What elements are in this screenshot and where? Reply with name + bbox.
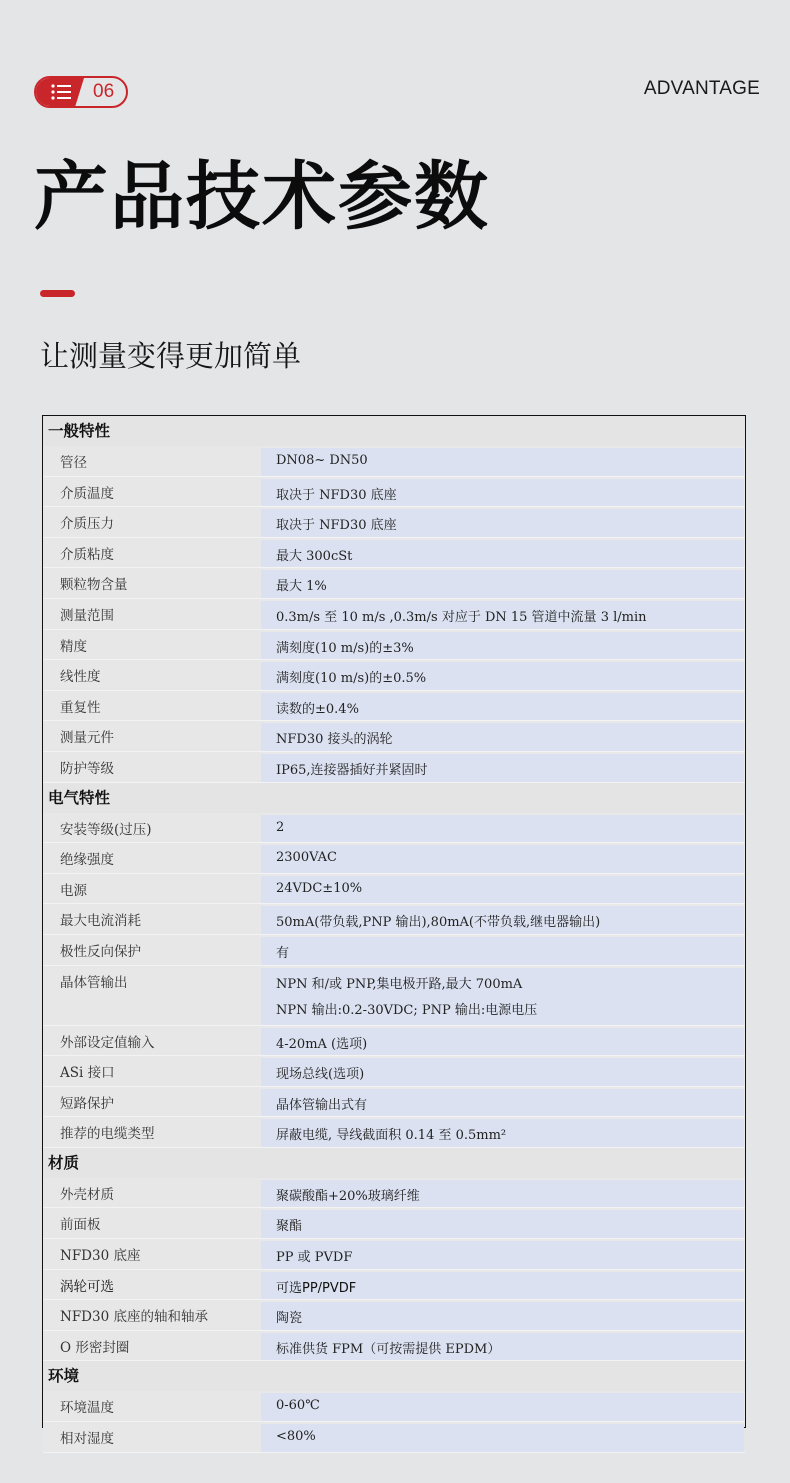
spec-label: 外部设定值输入	[43, 1026, 261, 1056]
spec-value: 取决于 NFD30 底座	[261, 479, 744, 507]
spec-value-line: <80%	[276, 1429, 744, 1444]
spec-value-line: 聚碳酸酯+20%玻璃纤维	[276, 1185, 744, 1204]
spec-value-line: NPN 和/或 PNP,集电极开路,最大 700mA	[276, 973, 744, 999]
spec-value-line: 有	[276, 942, 744, 961]
section-heading: 一般特性	[43, 416, 745, 446]
page-subtitle: 让测量变得更加简单	[40, 334, 301, 375]
spec-label: 前面板	[43, 1208, 261, 1238]
table-row: 安装等级(过压)2	[43, 813, 745, 844]
spec-value-line: 2300VAC	[276, 850, 744, 865]
spec-value-line: PP 或 PVDF	[276, 1246, 744, 1265]
spec-value-line: IP65,连接器插好并紧固时	[276, 759, 744, 778]
spec-value: PP 或 PVDF	[261, 1241, 744, 1269]
spec-label: 精度	[43, 630, 261, 660]
spec-label: 测量范围	[43, 599, 261, 629]
spec-value-line: 陶瓷	[276, 1307, 744, 1326]
spec-value: 屏蔽电缆, 导线截面积 0.14 至 0.5mm²	[261, 1119, 744, 1147]
spec-label: 介质温度	[43, 477, 261, 507]
spec-value-line: 标准供货 FPM（可按需提供 EPDM）	[276, 1338, 744, 1357]
spec-value-line: 聚酯	[276, 1215, 744, 1234]
table-row: 测量范围0.3m/s 至 10 m/s ,0.3m/s 对应于 DN 15 管道…	[43, 599, 745, 630]
table-row: ASi 接口现场总线(选项)	[43, 1056, 745, 1087]
table-row: 外部设定值输入4-20mA (选项)	[43, 1026, 745, 1057]
spec-value-line: 0.3m/s 至 10 m/s ,0.3m/s 对应于 DN 15 管道中流量 …	[276, 606, 744, 625]
table-row: 绝缘强度2300VAC	[43, 843, 745, 874]
spec-value-line: 取决于 NFD30 底座	[276, 514, 744, 533]
spec-value-line: 50mA(带负载,PNP 输出),80mA(不带负载,继电器输出)	[276, 911, 744, 930]
tagline: ADVANTAGE	[644, 78, 760, 100]
spec-value: 2	[261, 815, 744, 843]
spec-label: O 形密封圈	[43, 1331, 261, 1361]
table-row: 颗粒物含量最大 1%	[43, 568, 745, 599]
table-row: 前面板聚酯	[43, 1208, 745, 1239]
list-icon	[51, 84, 71, 100]
table-row: 环境温度0-60℃	[43, 1391, 745, 1422]
spec-label: 晶体管输出	[43, 966, 261, 1025]
table-row: 极性反向保护有	[43, 935, 745, 966]
spec-value: 50mA(带负载,PNP 输出),80mA(不带负载,继电器输出)	[261, 906, 744, 934]
spec-label: 绝缘强度	[43, 843, 261, 873]
spec-label: 涡轮可选	[43, 1270, 261, 1300]
badge-number: 06	[93, 81, 114, 103]
spec-value: 可选PP/PVDF	[261, 1272, 744, 1300]
spec-value-line: 读数的±0.4%	[276, 698, 744, 717]
table-row: 推荐的电缆类型屏蔽电缆, 导线截面积 0.14 至 0.5mm²	[43, 1117, 745, 1148]
table-row: 最大电流消耗50mA(带负载,PNP 输出),80mA(不带负载,继电器输出)	[43, 904, 745, 935]
spec-value: 4-20mA (选项)	[261, 1028, 744, 1056]
section-heading: 环境	[43, 1361, 745, 1391]
spec-label: NFD30 底座的轴和轴承	[43, 1300, 261, 1330]
table-row: 重复性读数的±0.4%	[43, 691, 745, 722]
spec-value: <80%	[261, 1424, 744, 1452]
spec-value: 满刻度(10 m/s)的±0.5%	[261, 662, 744, 690]
spec-value-line: DN08~ DN50	[276, 453, 744, 468]
spec-table: 一般特性管径DN08~ DN50介质温度取决于 NFD30 底座介质压力取决于 …	[42, 415, 746, 1428]
spec-label: 相对湿度	[43, 1422, 261, 1452]
spec-value: 聚碳酸酯+20%玻璃纤维	[261, 1180, 744, 1208]
table-row: 精度满刻度(10 m/s)的±3%	[43, 630, 745, 661]
table-row: 短路保护晶体管输出式有	[43, 1087, 745, 1118]
spec-value-line: 满刻度(10 m/s)的±3%	[276, 637, 744, 656]
spec-label: 电源	[43, 874, 261, 904]
spec-value-line: 最大 300cSt	[276, 545, 744, 564]
spec-value: 最大 300cSt	[261, 540, 744, 568]
spec-label: 最大电流消耗	[43, 904, 261, 934]
spec-value-line: 屏蔽电缆, 导线截面积 0.14 至 0.5mm²	[276, 1124, 744, 1143]
spec-label: 极性反向保护	[43, 935, 261, 965]
spec-value: IP65,连接器插好并紧固时	[261, 754, 744, 782]
spec-value: 现场总线(选项)	[261, 1058, 744, 1086]
table-row: 线性度满刻度(10 m/s)的±0.5%	[43, 660, 745, 691]
spec-value: 标准供货 FPM（可按需提供 EPDM）	[261, 1333, 744, 1361]
table-row: 外壳材质聚碳酸酯+20%玻璃纤维	[43, 1178, 745, 1209]
table-row: 防护等级IP65,连接器插好并紧固时	[43, 752, 745, 783]
spec-value: 满刻度(10 m/s)的±3%	[261, 632, 744, 660]
spec-label: 颗粒物含量	[43, 568, 261, 598]
spec-label: 外壳材质	[43, 1178, 261, 1208]
table-row: 管径DN08~ DN50	[43, 446, 745, 477]
section-heading: 材质	[43, 1148, 745, 1178]
spec-label: 短路保护	[43, 1087, 261, 1117]
spec-value-line: NFD30 接头的涡轮	[276, 728, 744, 747]
spec-value: 0.3m/s 至 10 m/s ,0.3m/s 对应于 DN 15 管道中流量 …	[261, 601, 744, 629]
spec-value: 晶体管输出式有	[261, 1089, 744, 1117]
table-row: 相对湿度<80%	[43, 1422, 745, 1453]
spec-value-line: 24VDC±10%	[276, 881, 744, 896]
table-row: 介质粘度最大 300cSt	[43, 538, 745, 569]
spec-label: 线性度	[43, 660, 261, 690]
spec-value: 聚酯	[261, 1210, 744, 1238]
table-row: 晶体管输出NPN 和/或 PNP,集电极开路,最大 700mANPN 输出:0.…	[43, 966, 745, 1026]
spec-label: 介质压力	[43, 507, 261, 537]
page-title: 产品技术参数	[34, 160, 490, 234]
spec-label: 安装等级(过压)	[43, 813, 261, 843]
spec-value-line: 现场总线(选项)	[276, 1063, 744, 1082]
spec-value-line: 0-60℃	[276, 1398, 744, 1413]
spec-value: NPN 和/或 PNP,集电极开路,最大 700mANPN 输出:0.2-30V…	[261, 968, 744, 1025]
spec-label: 推荐的电缆类型	[43, 1117, 261, 1147]
spec-value-line: 最大 1%	[276, 575, 744, 594]
spec-label: 介质粘度	[43, 538, 261, 568]
accent-divider	[40, 290, 75, 297]
spec-value: 最大 1%	[261, 570, 744, 598]
spec-label: ASi 接口	[43, 1056, 261, 1086]
spec-label: 防护等级	[43, 752, 261, 782]
spec-value-line: NPN 输出:0.2-30VDC; PNP 输出:电源电压	[276, 999, 744, 1025]
spec-value-line: 取决于 NFD30 底座	[276, 484, 744, 503]
table-row: 电源24VDC±10%	[43, 874, 745, 905]
table-row: 介质温度取决于 NFD30 底座	[43, 477, 745, 508]
table-row: NFD30 底座的轴和轴承陶瓷	[43, 1300, 745, 1331]
spec-value: 陶瓷	[261, 1302, 744, 1330]
spec-value: 有	[261, 937, 744, 965]
spec-value: 2300VAC	[261, 845, 744, 873]
spec-value: 24VDC±10%	[261, 876, 744, 904]
spec-value-line: 满刻度(10 m/s)的±0.5%	[276, 667, 744, 686]
spec-value-line: 4-20mA (选项)	[276, 1033, 744, 1052]
spec-value: NFD30 接头的涡轮	[261, 723, 744, 751]
spec-value: DN08~ DN50	[261, 448, 744, 476]
spec-value-line: 可选PP/PVDF	[276, 1277, 744, 1296]
section-heading: 电气特性	[43, 783, 745, 813]
spec-label: NFD30 底座	[43, 1239, 261, 1269]
spec-label: 管径	[43, 446, 261, 476]
table-row: NFD30 底座PP 或 PVDF	[43, 1239, 745, 1270]
spec-value-line: 晶体管输出式有	[276, 1094, 744, 1113]
spec-value-line: 2	[276, 820, 744, 835]
spec-value: 读数的±0.4%	[261, 693, 744, 721]
table-row: 涡轮可选可选PP/PVDF	[43, 1270, 745, 1301]
table-row: 测量元件NFD30 接头的涡轮	[43, 721, 745, 752]
spec-value: 取决于 NFD30 底座	[261, 509, 744, 537]
section-number-badge: 06	[34, 76, 128, 108]
table-row: O 形密封圈标准供货 FPM（可按需提供 EPDM）	[43, 1331, 745, 1362]
spec-label: 环境温度	[43, 1391, 261, 1421]
spec-value: 0-60℃	[261, 1393, 744, 1421]
table-row: 介质压力取决于 NFD30 底座	[43, 507, 745, 538]
spec-label: 重复性	[43, 691, 261, 721]
spec-label: 测量元件	[43, 721, 261, 751]
